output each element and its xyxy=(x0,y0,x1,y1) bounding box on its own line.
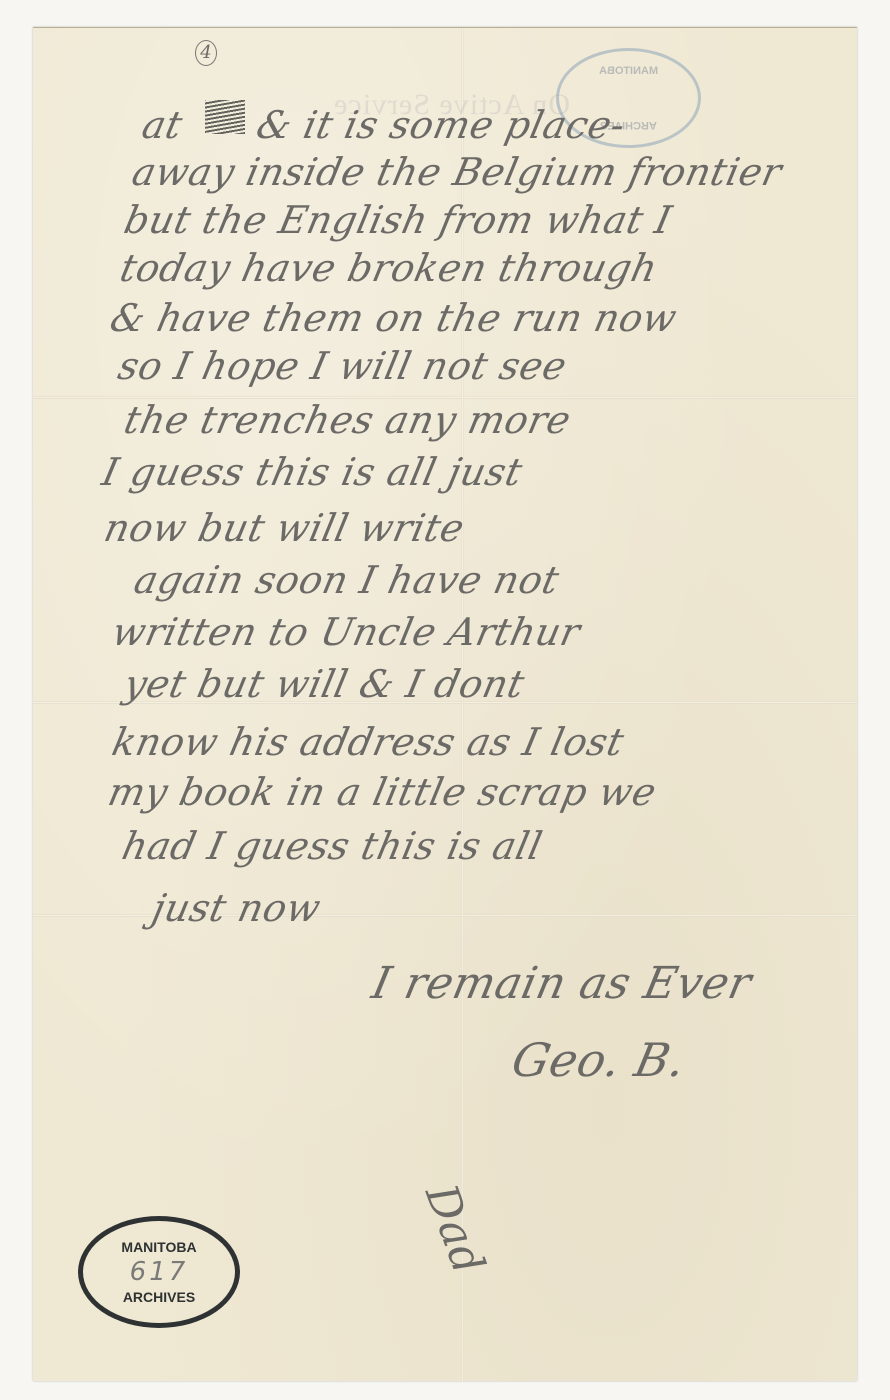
letter-line: yet but will & I dont xyxy=(120,662,528,706)
letter-line: know his address as I lost xyxy=(108,720,628,764)
letter-line: the trenches any more xyxy=(120,398,575,442)
letter-line: at & it is some place- xyxy=(138,103,629,147)
letter-line: again soon I have not xyxy=(130,558,563,602)
bleed-stamp-top: MANITOBA xyxy=(599,65,658,77)
archive-stamp-top: MANITOBA xyxy=(121,1239,196,1255)
letter-line: written to Uncle Arthur xyxy=(108,610,584,654)
letter-line: so I hope I will not see xyxy=(114,344,570,388)
letter-page: On Active Service MANITOBA ARCHIVES 4 at… xyxy=(33,27,857,1381)
letter-closing: I remain as Ever xyxy=(368,958,756,1009)
archive-stamp-bottom: ARCHIVES xyxy=(123,1289,195,1305)
letter-line: had I guess this is all xyxy=(118,824,546,868)
page-number: 4 xyxy=(195,40,217,66)
letter-line: away inside the Belgium frontier xyxy=(128,150,786,194)
archive-stamp-number: 617 xyxy=(130,1257,189,1287)
side-note: Dad xyxy=(415,1178,494,1281)
letter-line: today have broken through xyxy=(116,246,661,290)
letter-line: & have them on the run now xyxy=(106,296,681,340)
letter-signature: Geo. B. xyxy=(507,1033,691,1087)
letter-line: my book in a little scrap we xyxy=(104,770,660,814)
archive-stamp: MANITOBA 617 ARCHIVES xyxy=(78,1216,240,1328)
letter-line: just now xyxy=(148,886,324,930)
letter-line: I guess this is all just xyxy=(98,450,526,494)
letter-line: but the English from what I xyxy=(120,198,675,242)
letter-line: now but will write xyxy=(100,506,468,550)
